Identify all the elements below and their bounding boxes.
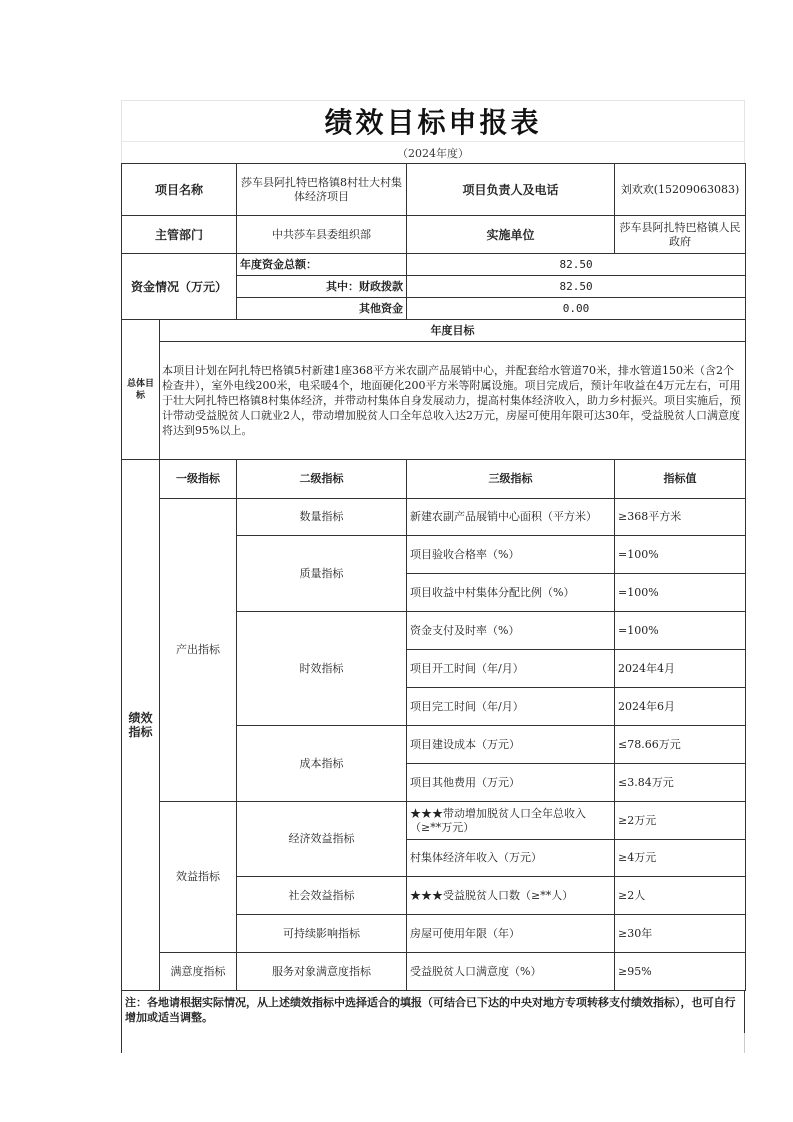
funds-label: 资金情况（万元） (122, 254, 237, 320)
indicator-name: 村集体经济年收入（万元） (407, 840, 615, 877)
indicator-name: 项目收益中村集体分配比例（%） (407, 574, 615, 612)
indicator-name: 受益脱贫人口满意度（%） (407, 953, 615, 991)
fund-other-label: 其他资金 (237, 298, 407, 320)
indicator-header-row: 绩效指标 一级指标 二级指标 三级指标 指标值 (122, 460, 746, 499)
indicator-row: 产出指标 数量指标 新建农副产品展销中心面积（平方米） ≥368平方米 (122, 499, 746, 536)
implementer-label: 实施单位 (407, 216, 615, 254)
indicator-name: ★★★带动增加脱贫人口全年总收入（≥**万元） (407, 802, 615, 840)
level2-social: 社会效益指标 (237, 877, 407, 915)
project-leader-label: 项目负责人及电话 (407, 164, 615, 216)
indicator-value: ≥2万元 (615, 802, 746, 840)
header-value: 指标值 (615, 460, 746, 499)
indicator-value: ≥30年 (615, 915, 746, 953)
fund-fiscal-value: 82.50 (407, 276, 746, 298)
level1-satisfaction: 满意度指标 (160, 953, 237, 991)
annual-goal-text: 本项目计划在阿扎特巴格镇5村新建1座368平方米农副产品展销中心，并配套给水管道… (160, 342, 746, 460)
form-note: 注：各地请根据实际情况，从上述绩效指标中选择适合的填报（可结合已下达的中央对地方… (121, 991, 745, 1033)
indicator-value: 2024年6月 (615, 688, 746, 726)
department-label: 主管部门 (122, 216, 237, 254)
level1-output: 产出指标 (160, 499, 237, 802)
fund-total-value: 82.50 (407, 254, 746, 276)
project-name-label: 项目名称 (122, 164, 237, 216)
indicator-value: =100% (615, 612, 746, 650)
department-row: 主管部门 中共莎车县委组织部 实施单位 莎车县阿扎特巴格镇人民政府 (122, 216, 746, 254)
indicator-value: 2024年4月 (615, 650, 746, 688)
level2-quantity: 数量指标 (237, 499, 407, 536)
form-title: 绩效目标申报表 (121, 100, 745, 142)
form-year: （2024年度） (121, 142, 745, 163)
project-name-row: 项目名称 莎车县阿扎特巴格镇8村壮大村集体经济项目 项目负责人及电话 刘欢欢(1… (122, 164, 746, 216)
performance-indicator-label: 绩效指标 (122, 460, 160, 991)
department-value: 中共莎车县委组织部 (237, 216, 407, 254)
annual-goal-header: 年度目标 (160, 320, 746, 342)
project-leader-value: 刘欢欢(15209063083) (615, 164, 746, 216)
fund-other-value: 0.00 (407, 298, 746, 320)
goals-header-row: 总体目标 年度目标 (122, 320, 746, 342)
implementer-value: 莎车县阿扎特巴格镇人民政府 (615, 216, 746, 254)
header-level3: 三级指标 (407, 460, 615, 499)
level2-quality: 质量指标 (237, 536, 407, 612)
performance-goal-form: 绩效目标申报表 （2024年度） 项目名称 莎车县阿扎特巴格镇8村壮大村集体经济… (121, 100, 745, 1053)
indicator-name: 资金支付及时率（%） (407, 612, 615, 650)
level2-timeliness: 时效指标 (237, 612, 407, 726)
indicator-name: 新建农副产品展销中心面积（平方米） (407, 499, 615, 536)
indicator-value: =100% (615, 536, 746, 574)
indicator-value: ≤3.84万元 (615, 764, 746, 802)
indicator-value: ≤78.66万元 (615, 726, 746, 764)
indicator-value: =100% (615, 574, 746, 612)
indicator-row: 效益指标 经济效益指标 ★★★带动增加脱贫人口全年总收入（≥**万元） ≥2万元 (122, 802, 746, 840)
indicator-value: ≥2人 (615, 877, 746, 915)
overall-goal-label: 总体目标 (122, 320, 160, 460)
indicator-name: 项目开工时间（年/月） (407, 650, 615, 688)
project-name-value: 莎车县阿扎特巴格镇8村壮大村集体经济项目 (237, 164, 407, 216)
header-level1: 一级指标 (160, 460, 237, 499)
form-table: 项目名称 莎车县阿扎特巴格镇8村壮大村集体经济项目 项目负责人及电话 刘欢欢(1… (121, 163, 746, 991)
indicator-row: 满意度指标 服务对象满意度指标 受益脱贫人口满意度（%） ≥95% (122, 953, 746, 991)
indicator-name: ★★★受益脱贫人口数（≥**人） (407, 877, 615, 915)
level2-service-satisfaction: 服务对象满意度指标 (237, 953, 407, 991)
level2-sustainability: 可持续影响指标 (237, 915, 407, 953)
level1-benefit: 效益指标 (160, 802, 237, 953)
indicator-name: 房屋可使用年限（年） (407, 915, 615, 953)
header-level2: 二级指标 (237, 460, 407, 499)
fund-fiscal-label: 其中：财政拨款 (237, 276, 407, 298)
indicator-name: 项目建设成本（万元） (407, 726, 615, 764)
fund-row: 资金情况（万元） 年度资金总额： 82.50 (122, 254, 746, 276)
level2-economic: 经济效益指标 (237, 802, 407, 877)
fund-total-label: 年度资金总额： (237, 254, 407, 276)
note-tail-border (121, 1033, 745, 1053)
indicator-value: ≥4万元 (615, 840, 746, 877)
goals-text-row: 本项目计划在阿扎特巴格镇5村新建1座368平方米农副产品展销中心，并配套给水管道… (122, 342, 746, 460)
indicator-value: ≥368平方米 (615, 499, 746, 536)
indicator-name: 项目验收合格率（%） (407, 536, 615, 574)
indicator-name: 项目完工时间（年/月） (407, 688, 615, 726)
indicator-name: 项目其他费用（万元） (407, 764, 615, 802)
level2-cost: 成本指标 (237, 726, 407, 802)
indicator-value: ≥95% (615, 953, 746, 991)
